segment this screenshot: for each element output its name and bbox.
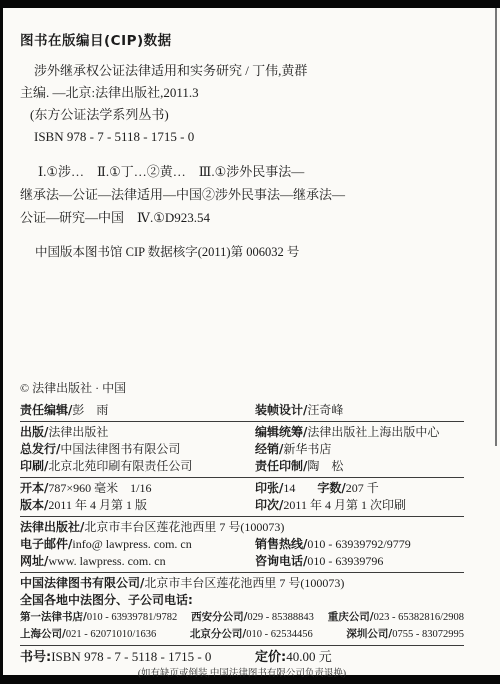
publisher-row: 出版/法律出版社 编辑统筹/法律出版社上海出版中心 [20, 424, 464, 441]
divider-rule [20, 477, 464, 478]
field-value: www. lawpress. com. cn [48, 554, 165, 568]
scan-edge-right [495, 8, 497, 446]
field-beijing-branch: 北京分公司/010 - 62534456 [190, 626, 313, 643]
printing-row: 印刷/北京北苑印刷有限责任公司 责任印制/陶 松 [20, 458, 464, 475]
field-shanghai-company: 上海公司/021 - 62071010/1636 [20, 626, 156, 643]
cip-classification-block: Ⅰ.①涉… Ⅱ.①丁…②黄… Ⅲ.①涉外民事法— 继承法—公证—法律适用—中国②… [20, 160, 464, 229]
field-value: 2011 年 4 月第 1 次印刷 [283, 498, 406, 512]
edition-row: 版本/2011 年 4 月第 1 版 印次/2011 年 4 月第 1 次印刷 [20, 497, 464, 514]
field-editorial-coordination: 编辑统筹/法律出版社上海出版中心 [255, 424, 439, 441]
field-value: 汪奇峰 [307, 403, 343, 417]
field-value: 中国法律图书有限公司 [60, 442, 180, 456]
field-label: 电子邮件/ [20, 537, 72, 551]
field-label: 网址/ [20, 554, 48, 568]
copyright-line: © 法律出版社 · 中国 [20, 379, 464, 396]
field-label: 装帧设计/ [255, 403, 307, 417]
field-value: 029 - 85388843 [247, 612, 314, 623]
field-value: 40.00 元 [286, 649, 332, 664]
field-retailer: 经销/新华书店 [255, 441, 331, 458]
publisher-address-row: 法律出版社/北京市丰台区莲花池西里 7 号(100073) [20, 519, 464, 536]
field-label: 书号: [20, 650, 51, 665]
field-label: 总发行/ [20, 442, 60, 456]
field-edition: 版本/2011 年 4 月第 1 版 [20, 497, 255, 514]
field-value: 法律出版社 [48, 425, 108, 439]
book-copyright-page: 图书在版编目(CIP)数据 涉外继承权公证法律适用和实务研究 / 丁伟,黄群 主… [0, 0, 500, 684]
field-chongqing-company: 重庆公司/023 - 65382816/2908 [328, 609, 464, 626]
email-row: 电子邮件/info@ lawpress. com. cn 销售热线/010 - … [20, 536, 464, 553]
field-website: 网址/www. lawpress. com. cn [20, 553, 255, 570]
field-label: 责任编辑/ [20, 403, 72, 417]
isbn-price-row: 书号:ISBN 978 - 7 - 5118 - 1715 - 0 定价:40.… [20, 648, 464, 667]
field-value: 北京北苑印刷有限责任公司 [48, 459, 192, 473]
scan-edge-top [0, 0, 500, 8]
replacement-notice: (如有缺页或倒装,中国法律图书有限公司负责退换) [20, 668, 464, 680]
field-sales-hotline: 销售热线/010 - 63939792/9779 [255, 536, 411, 553]
field-label: 印张/ [255, 481, 283, 495]
cip-line-isbn: ISBN 978 - 7 - 5118 - 1715 - 0 [20, 126, 464, 148]
field-sheets: 印张/14 [255, 480, 295, 497]
field-label: 版本/ [20, 498, 48, 512]
distributor-address-row: 中国法律图书有限公司/北京市丰台区莲花池西里 7 号(100073) [20, 575, 464, 592]
field-label: 深圳公司/ [346, 628, 392, 640]
field-label: 西安分公司/ [191, 611, 247, 623]
field-label: 责任印制/ [255, 459, 307, 473]
cip-description-block: 涉外继承权公证法律适用和实务研究 / 丁伟,黄群 主编. —北京:法律出版社,2… [20, 60, 464, 148]
field-general-distributor: 总发行/中国法律图书有限公司 [20, 441, 255, 458]
field-value: 新华书店 [283, 442, 331, 456]
field-label: 第一法律书店/ [20, 611, 87, 623]
field-format: 开本/787×960 毫米 1/16 [20, 480, 255, 497]
field-distributor-address: 中国法律图书有限公司/北京市丰台区莲花池西里 7 号(100073) [20, 575, 344, 592]
field-label: 销售热线/ [255, 537, 307, 551]
field-value: 010 - 63939781/9782 [87, 612, 177, 623]
field-shenzhen-company: 深圳公司/0755 - 83072995 [346, 626, 464, 643]
field-label: 印刷/ [20, 459, 48, 473]
field-first-law-bookstore: 第一法律书店/010 - 63939781/9782 [20, 609, 177, 626]
cip-line-title-authors: 涉外继承权公证法律适用和实务研究 / 丁伟,黄群 [20, 60, 464, 82]
divider-rule [20, 572, 464, 573]
field-value: info@ lawpress. com. cn [72, 537, 191, 551]
field-value: 14 [283, 481, 295, 495]
field-value: 彭 雨 [72, 403, 108, 417]
cip-line-series: (东方公证法学系列丛书) [20, 104, 464, 126]
field-label: 编辑统筹/ [255, 425, 307, 439]
classification-line: 公证—研究—中国 Ⅳ.①D923.54 [20, 206, 464, 229]
editors-row: 责任编辑/彭 雨 装帧设计/汪奇峰 [20, 402, 464, 419]
field-label: 出版/ [20, 425, 48, 439]
field-responsible-editor: 责任编辑/彭 雨 [20, 402, 255, 419]
field-value: 010 - 62534456 [246, 629, 313, 640]
field-value: 陶 松 [307, 459, 343, 473]
distribution-row: 总发行/中国法律图书有限公司 经销/新华书店 [20, 441, 464, 458]
field-label: 中国法律图书有限公司/ [20, 576, 144, 590]
classification-line: 继承法—公证—法律适用—中国②涉外民事法—继承法— [20, 183, 464, 206]
field-publisher: 出版/法律出版社 [20, 424, 255, 441]
field-value: ISBN 978 - 7 - 5118 - 1715 - 0 [51, 649, 211, 664]
field-cover-designer: 装帧设计/汪奇峰 [255, 402, 343, 419]
field-printer: 印刷/北京北苑印刷有限责任公司 [20, 458, 255, 475]
field-print-supervisor: 责任印制/陶 松 [255, 458, 343, 475]
cip-line-publisher: 主编. —北京:法律出版社,2011.3 [20, 82, 464, 104]
field-value: 法律出版社上海出版中心 [307, 425, 439, 439]
field-value: 010 - 63939792/9779 [307, 537, 410, 551]
website-row: 网址/www. lawpress. com. cn 咨询电话/010 - 639… [20, 553, 464, 570]
field-price: 定价:40.00 元 [255, 648, 332, 667]
scan-edge-left [0, 0, 3, 684]
classification-line: Ⅰ.①涉… Ⅱ.①丁…②黄… Ⅲ.①涉外民事法— [20, 160, 464, 183]
field-value: 0755 - 83072995 [392, 629, 464, 640]
page-content: 图书在版编目(CIP)数据 涉外继承权公证法律适用和实务研究 / 丁伟,黄群 主… [20, 8, 464, 680]
branch-phones-row: 上海公司/021 - 62071010/1636 北京分公司/010 - 625… [20, 626, 464, 643]
field-label: 开本/ [20, 481, 48, 495]
field-value: 023 - 65382816/2908 [374, 612, 464, 623]
divider-rule [20, 516, 464, 517]
field-label: 北京分公司/ [190, 628, 246, 640]
field-label: 经销/ [255, 442, 283, 456]
field-book-number: 书号:ISBN 978 - 7 - 5118 - 1715 - 0 [20, 648, 255, 667]
field-value: 2011 年 4 月第 1 版 [48, 498, 147, 512]
field-value: 021 - 62071010/1636 [66, 629, 156, 640]
field-publisher-address: 法律出版社/北京市丰台区莲花池西里 7 号(100073) [20, 519, 284, 536]
field-label: 定价: [255, 650, 286, 665]
field-inquiry-phone: 咨询电话/010 - 63939796 [255, 553, 383, 570]
field-xian-branch: 西安分公司/029 - 85388843 [191, 609, 314, 626]
field-label: 重庆公司/ [328, 611, 374, 623]
cip-title: 图书在版编目(CIP)数据 [20, 29, 464, 49]
field-value: 北京市丰台区莲花池西里 7 号(100073) [84, 520, 284, 534]
field-word-count: 字数/207 千 [317, 480, 378, 497]
field-impression: 印次/2011 年 4 月第 1 次印刷 [255, 497, 406, 514]
heading-text: 全国各地中法图分、子公司电话: [20, 593, 193, 607]
field-label: 字数/ [317, 481, 345, 495]
field-value: 北京市丰台区莲花池西里 7 号(100073) [144, 576, 344, 590]
field-label: 咨询电话/ [255, 554, 307, 568]
divider-rule [20, 645, 464, 646]
branch-phones-heading: 全国各地中法图分、子公司电话: [20, 592, 464, 609]
format-row: 开本/787×960 毫米 1/16 印张/14 字数/207 千 [20, 480, 464, 497]
field-label: 印次/ [255, 498, 283, 512]
field-label: 法律出版社/ [20, 520, 84, 534]
cip-record-number: 中国版本图书馆 CIP 数据核字(2011)第 006032 号 [20, 242, 464, 260]
field-email: 电子邮件/info@ lawpress. com. cn [20, 536, 255, 553]
field-value: 010 - 63939796 [307, 554, 383, 568]
field-label: 上海公司/ [20, 628, 66, 640]
divider-rule [20, 421, 464, 422]
field-value: 207 千 [346, 481, 379, 495]
field-value: 787×960 毫米 1/16 [48, 481, 151, 495]
branch-phones-row: 第一法律书店/010 - 63939781/9782 西安分公司/029 - 8… [20, 609, 464, 626]
